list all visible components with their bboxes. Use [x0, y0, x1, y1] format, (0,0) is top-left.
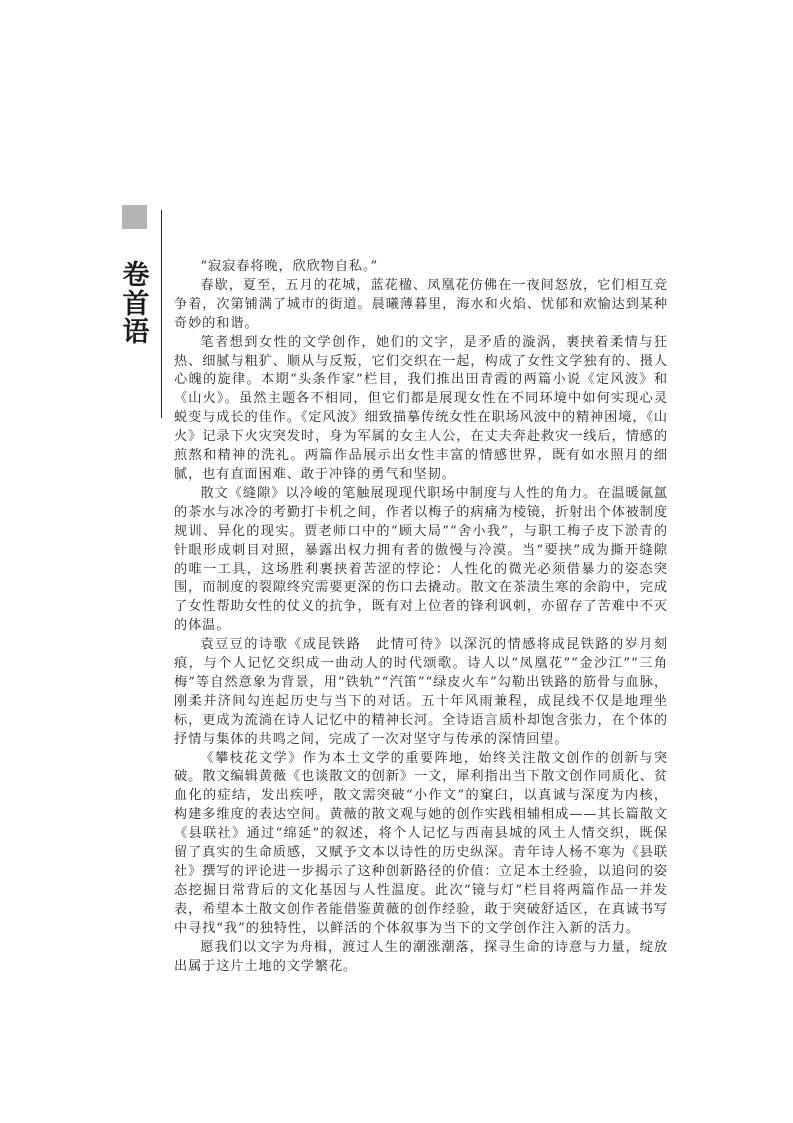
section-title-char: 语	[120, 319, 152, 348]
editorial-body: “寂寂春将晚，欣欣物自私。” 春歇，夏至，五月的花城，蓝花楹、凤凰花仿佛在一夜间…	[174, 258, 668, 976]
paragraph: 散文《缝隙》以冷峻的笔触展现现代职场中制度与人性的角力。在温暖氤氲的茶水与冰冷的…	[174, 485, 668, 636]
section-title-char: 首	[120, 291, 152, 320]
paragraph: 笔者想到女性的文学创作，她们的文字，是矛盾的漩涡，裹挟着柔情与狂热、细腻与粗犷、…	[174, 334, 668, 485]
paragraph: 《攀枝花文学》作为本土文学的重要阵地，始终关注散文创作的创新与突破。散文编辑黄薇…	[174, 750, 668, 939]
paragraph: 袁豆豆的诗歌《成昆铁路 此情可待》以深沉的情感将成昆铁路的岁月刻痕，与个人记忆交…	[174, 636, 668, 749]
section-title: 卷 首 语	[120, 262, 152, 348]
paragraph: 愿我们以文字为舟楫，渡过人生的潮涨潮落，探寻生命的诗意与力量，绽放出属于这片土地…	[174, 939, 668, 977]
paragraph: 春歇，夏至，五月的花城，蓝花楹、凤凰花仿佛在一夜间怒放，它们相互竞争着，次第铺满…	[174, 277, 668, 334]
epigraph: “寂寂春将晚，欣欣物自私。”	[174, 258, 668, 277]
section-marker-square	[122, 205, 147, 229]
section-title-char: 卷	[120, 262, 152, 291]
document-page: 卷 首 语 “寂寂春将晚，欣欣物自私。” 春歇，夏至，五月的花城，蓝花楹、凤凰花…	[0, 0, 793, 1123]
vertical-rule	[161, 210, 162, 418]
